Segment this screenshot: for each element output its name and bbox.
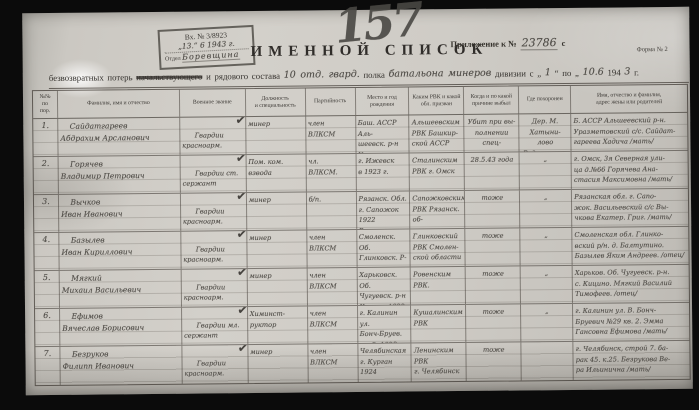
unit-handwritten: 10 отд. гвард. xyxy=(284,69,360,81)
table-row: 2. Горячев Владимир Петрович Гвардии ст.… xyxy=(34,151,688,195)
cell-rank: Гвардии мл. сержант ✓ xyxy=(182,307,248,345)
year-digit-handwritten: 3 xyxy=(624,66,630,77)
col-header-reason: Когда и по какой причине выбыл xyxy=(464,86,519,114)
cell-rank: Гвардии красноарм. ✓ xyxy=(181,269,247,307)
cell-party: член ВЛКСМ xyxy=(308,306,358,343)
cell-full-name: Сайдатгареев Абдрахим Арсланович xyxy=(58,118,180,156)
cell-rvk: Кушалинским РВК xyxy=(411,305,466,343)
cell-row-number: 6. xyxy=(35,309,60,346)
cell-duty: Химинст- руктор xyxy=(248,306,308,344)
rank-text: Гвардии красноарм. xyxy=(183,245,225,264)
cell-relatives: Харьков. Об. Чугуевск. р-н. с. Кицино. М… xyxy=(573,265,689,303)
cell-birthplace: Харьковск. Об. Чугуевск. р-н Кицино 1922 xyxy=(357,267,411,305)
cell-relatives: г. Калинин ул. В. Бонч- Бруевич №29 кв. … xyxy=(573,303,689,341)
cell-duty: Пом. ком. взвода xyxy=(246,154,306,192)
checkmark-icon: ✓ xyxy=(237,345,249,355)
cell-reason: тоже xyxy=(467,342,522,381)
cell-reason: 28.5.43 года xyxy=(465,152,520,190)
subtitle-text: г. xyxy=(634,67,639,77)
document-paper: Вх. № 3/8923 „13.“ 6 1943 г. Отдел Борев… xyxy=(22,7,693,395)
cell-rank: Гвардии ст. сержант ✓ xyxy=(180,155,246,193)
unit-handwritten-2: батальона минеров xyxy=(389,68,492,80)
cell-reason: тоже xyxy=(466,228,521,266)
cell-rvk: Ленинским РВК г. Челябинск xyxy=(412,343,467,382)
cell-reason: тоже xyxy=(466,304,521,342)
cell-duty: минер xyxy=(247,192,307,230)
table-row: 6. Ефимов Вячеслав Борисович Гвардии мл.… xyxy=(35,303,689,347)
subtitle-text: “ по „ xyxy=(555,68,579,78)
cell-burial xyxy=(522,342,574,380)
photo-frame: Вх. № 3/8923 „13.“ 6 1943 г. Отдел Борев… xyxy=(0,0,699,410)
annex-number: 23786 xyxy=(521,36,558,50)
subtitle-text: полка xyxy=(363,70,385,80)
cell-party: член ВЛКСМ xyxy=(308,344,358,382)
cell-relatives: г. Омск, 3я Северная ули- ца д.№66 Горяч… xyxy=(572,151,688,189)
checkmark-icon: ✓ xyxy=(234,117,246,127)
date-to-handwritten: 10.6 xyxy=(583,67,604,78)
cell-party: член ВЛКСМ xyxy=(307,230,357,267)
cell-relatives: Смоленская обл. Глинко- вский р/н. д. Ба… xyxy=(572,227,688,265)
checkmark-icon: ✓ xyxy=(235,155,247,165)
col-header-party: Партийность xyxy=(306,88,356,115)
cell-rank: Гвардии красноарм. ✓ xyxy=(180,117,246,155)
cell-party: член ВЛКСМ xyxy=(306,116,356,153)
cell-birthplace: Смоленск. Об. Глинковск. Р-н Балтутино xyxy=(357,229,411,267)
form-number: Форма № 2 xyxy=(637,46,668,53)
cell-full-name: Безруков Филипп Иванович xyxy=(60,346,182,385)
cell-burial: Дер. М. Хатыни- лово Руднянского р-на См… xyxy=(519,114,571,151)
cell-burial: „ xyxy=(521,266,573,303)
col-header-name: Фамилия, имя и отчество xyxy=(58,90,180,118)
cell-relatives: г. Челябинск, строй 7. ба- рак 45. к.25.… xyxy=(574,341,690,380)
annex-suffix: с xyxy=(562,38,566,48)
cell-row-number: 2. xyxy=(34,157,59,194)
cell-duty: минер xyxy=(247,268,307,306)
cell-birthplace: Баш. АССР Аль- шеевск. р-н Ураз- метовск… xyxy=(356,115,410,153)
cell-rank: Гвардии красноарм. ✓ xyxy=(181,193,247,231)
col-header-birth: Место и год рождения xyxy=(355,87,409,115)
col-header-relatives: Имя, отчество и фамилия, адрес жены или … xyxy=(571,85,687,113)
cell-party: член ВЛКСМ xyxy=(307,268,357,305)
cell-full-name: Вычков Иван Иванович xyxy=(59,194,181,232)
table-row: 7. Безруков Филипп Иванович Гвардии крас… xyxy=(35,341,689,385)
col-header-duty: Должность и специальность xyxy=(246,88,306,116)
rank-text: Гвардии мл. сержант xyxy=(184,321,239,340)
cell-burial: „ xyxy=(521,304,573,341)
cell-rank: Гвардии красноарм. ✓ xyxy=(181,231,247,269)
table-row: 4. Базылев Иван Кириллович Гвардии красн… xyxy=(34,227,688,271)
cell-full-name: Мягкий Михаил Васильевич xyxy=(60,270,182,308)
table-body: 1. Сайдатгареев Абдрахим Арсланович Гвар… xyxy=(33,113,690,385)
casualty-table: №№ по пор. Фамилия, имя и отчество Военн… xyxy=(32,84,691,386)
cell-full-name: Базылев Иван Кириллович xyxy=(59,232,181,270)
rank-text: Гвардии ст. сержант xyxy=(183,169,239,188)
cell-row-number: 7. xyxy=(35,347,60,385)
table-row: 3. Вычков Иван Иванович Гвардии красноар… xyxy=(34,189,688,233)
cell-row-number: 1. xyxy=(33,119,58,156)
cell-burial: „ xyxy=(520,190,572,227)
rank-text: Гвардии красноарм. xyxy=(184,283,226,302)
cell-party: чл. ВЛКСМ. xyxy=(306,154,356,191)
stamp-dept-value: Боревщина xyxy=(182,50,240,63)
cell-rvk: Сталинским РВК г. Омск xyxy=(410,153,465,191)
rank-text: Гвардии красноарм. xyxy=(183,207,225,226)
cell-row-number: 4. xyxy=(34,233,59,270)
incoming-stamp: Вх. № 3/8923 „13.“ 6 1943 г. Отдел Борев… xyxy=(158,25,256,70)
subtitle-struck-word: начальствующего xyxy=(136,71,202,82)
subtitle-text: дивизии с „ xyxy=(495,68,541,78)
col-header-rank: Военное звание xyxy=(180,89,246,117)
cell-row-number: 3. xyxy=(34,195,59,232)
checkmark-icon: ✓ xyxy=(235,193,247,203)
checkmark-icon: ✓ xyxy=(235,231,247,241)
cell-birthplace: г. Ижевск в 1923 г. xyxy=(356,153,410,191)
cell-duty: минер xyxy=(246,116,306,154)
subtitle-text: 194 xyxy=(607,67,620,77)
cell-party: б/п. xyxy=(307,192,357,229)
cell-reason: тоже xyxy=(466,266,521,304)
col-header-burial: Где похоронен xyxy=(519,86,571,113)
subtitle-text: и рядового состава xyxy=(206,71,280,82)
annex-label: Приложение к № xyxy=(450,38,516,49)
checkmark-icon: ✓ xyxy=(236,307,248,317)
date-from-handwritten: 1 xyxy=(545,67,551,78)
table-row: 1. Сайдатгареев Абдрахим Арсланович Гвар… xyxy=(33,113,687,157)
cell-duty: минер xyxy=(248,344,308,383)
stamp-dept-label: Отдел xyxy=(165,56,181,63)
cell-rvk: Ровенским РВК. xyxy=(411,267,466,305)
cell-burial: „ xyxy=(520,152,572,189)
cell-burial: „ xyxy=(521,228,573,265)
cell-duty: минер xyxy=(247,230,307,268)
cell-birthplace: Рязанск. Обл. г. Сапожок 1922 Васильевск… xyxy=(356,191,410,229)
checkmark-icon: ✓ xyxy=(236,269,248,279)
cell-rvk: Сапожковским РВК Рязанск. об- ласти xyxy=(410,191,465,229)
table-row: 5. Мягкий Михаил Васильевич Гвардии крас… xyxy=(35,265,689,309)
rank-text: Гвардии красноарм. xyxy=(184,359,226,378)
rank-text: Гвардии красноарм. xyxy=(182,131,224,150)
cell-row-number: 5. xyxy=(35,271,60,308)
annex-reference: Приложение к № 23786 с xyxy=(450,33,565,52)
subtitle-text: безвозвратных потерь xyxy=(49,72,133,83)
cell-rvk: Глинковский РВК Смолен- ской области xyxy=(411,229,466,267)
cell-birthplace: г. Калинин ул. Бонч-Бруев. кв. 2. 1923 xyxy=(358,305,412,343)
cell-reason: Убит при вы- полнении спец- ального зада… xyxy=(465,114,520,152)
cell-full-name: Ефимов Вячеслав Борисович xyxy=(60,308,182,346)
cell-birthplace: Челябинская г. Курган 1924 xyxy=(358,343,412,382)
cell-relatives: Рязанская обл. г. Сапо- жок. Васильевски… xyxy=(572,189,688,227)
col-header-number: №№ по пор. xyxy=(33,91,58,118)
cell-rvk: Альшеевским РВК Башкир- ской АССР xyxy=(410,115,465,153)
cell-full-name: Горячев Владимир Петрович xyxy=(59,156,181,194)
cell-relatives: Б. АССР Альшеевский р-н. Уразметовский с… xyxy=(571,113,687,151)
col-header-rvk: Каким РВК и какой обл. призван xyxy=(409,87,464,115)
cell-reason: тоже xyxy=(465,190,520,228)
cell-rank: Гвардии красноарм. ✓ xyxy=(182,345,248,384)
